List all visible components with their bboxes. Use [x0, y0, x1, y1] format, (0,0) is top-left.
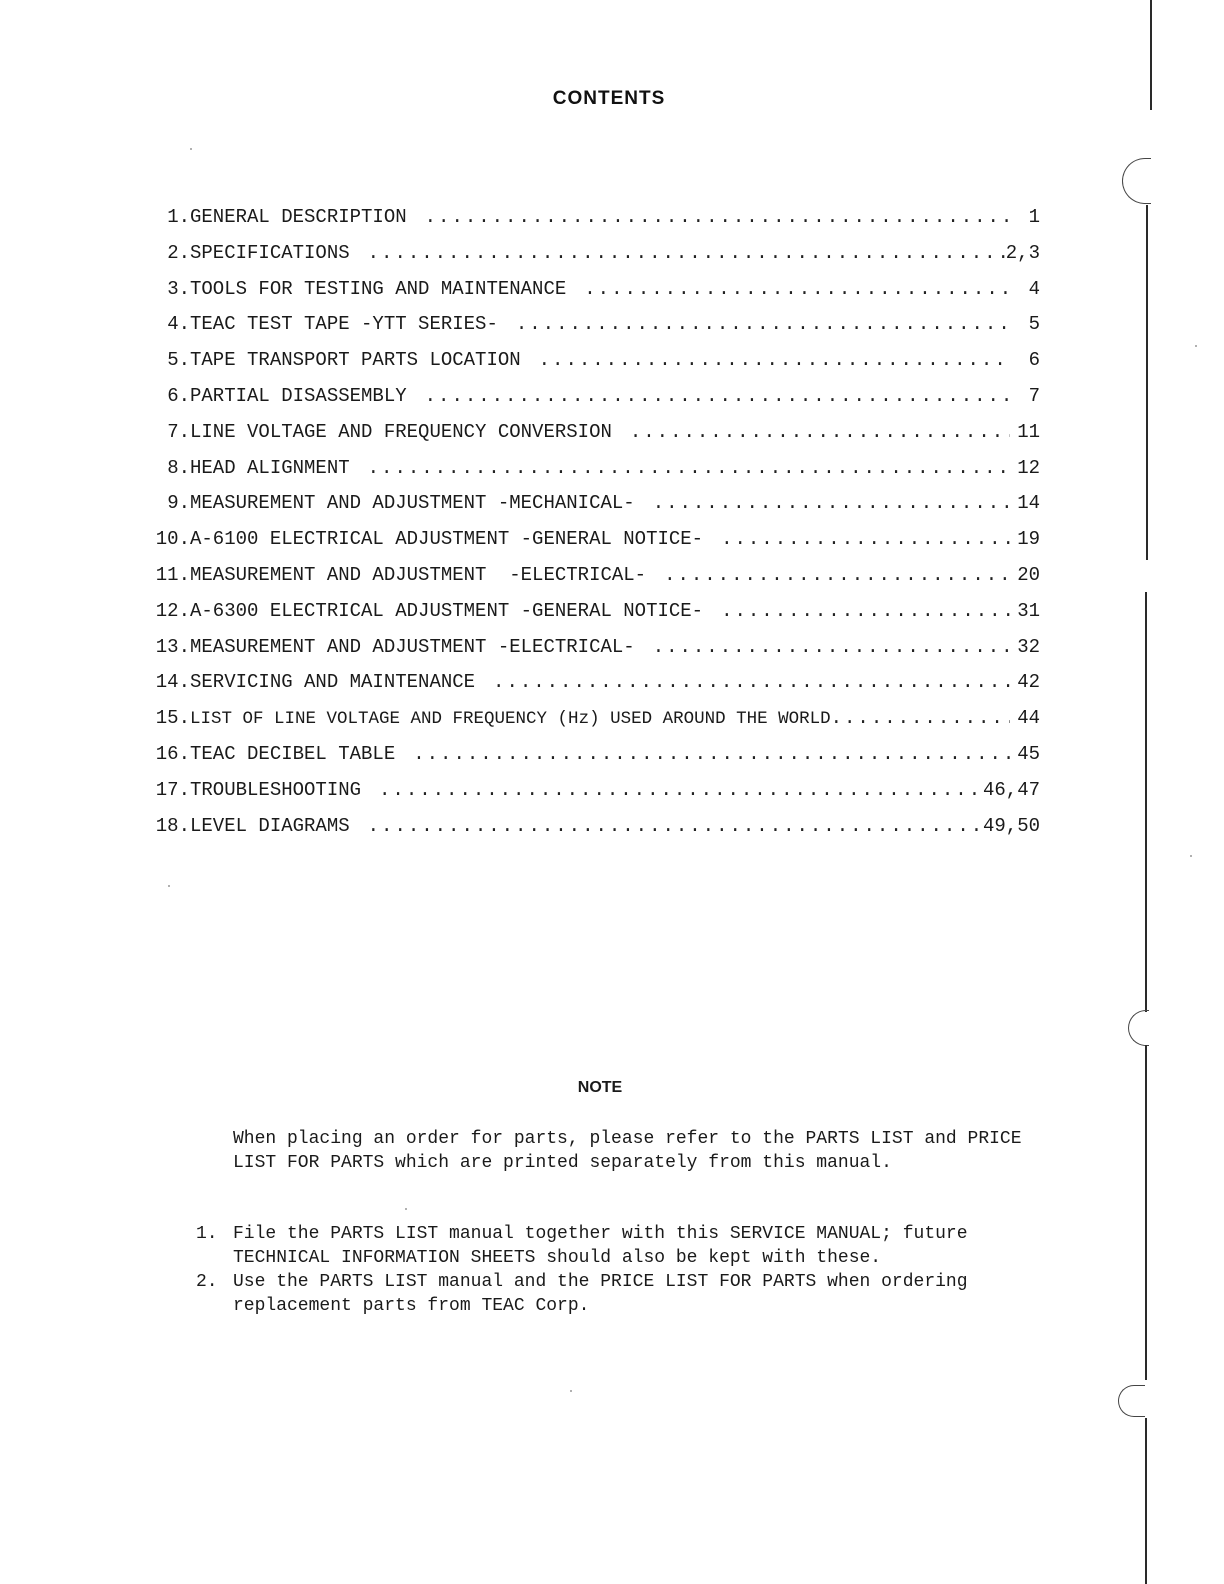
- dot-leader: ........................................…: [407, 203, 1010, 231]
- toc-entry-page: 1: [1010, 203, 1040, 231]
- toc-entry-title: GENERAL DESCRIPTION: [190, 203, 407, 231]
- note-list: 1. File the PARTS LIST manual together w…: [196, 1222, 1056, 1318]
- toc-entry-number: 17.: [140, 776, 190, 804]
- toc-entry-page: 2,3: [1006, 239, 1040, 267]
- toc-entry-number: 18.: [140, 812, 190, 840]
- note-item-number: 2.: [196, 1270, 233, 1318]
- toc-entry-page: 20: [1010, 561, 1040, 589]
- toc-entry-17: 17.TROUBLESHOOTING......................…: [140, 776, 1040, 812]
- toc-entry-5: 5.TAPE TRANSPORT PARTS LOCATION.........…: [140, 346, 1040, 382]
- toc-entry-12: 12.A-6300 ELECTRICAL ADJUSTMENT -GENERAL…: [140, 597, 1040, 633]
- scan-speck: [168, 885, 170, 887]
- toc-entry-title: TEAC TEST TAPE -YTT SERIES-: [190, 310, 498, 338]
- dot-leader: ........................................…: [646, 561, 1010, 589]
- toc-entry-page: 12: [1010, 454, 1040, 482]
- toc-entry-2: 2.SPECIFICATIONS........................…: [140, 239, 1040, 275]
- toc-entry-title: A-6300 ELECTRICAL ADJUSTMENT -GENERAL NO…: [190, 597, 703, 625]
- toc-entry-number: 7.: [140, 418, 190, 446]
- dot-leader: ........................................…: [350, 239, 1006, 267]
- toc-entry-page: 46,47: [983, 776, 1040, 804]
- binder-hole: [1122, 158, 1151, 204]
- toc-entry-page: 14: [1010, 489, 1040, 517]
- toc-entry-10: 10.A-6100 ELECTRICAL ADJUSTMENT -GENERAL…: [140, 525, 1040, 561]
- toc-entry-title: TEAC DECIBEL TABLE: [190, 740, 395, 768]
- table-of-contents: 1.GENERAL DESCRIPTION...................…: [140, 203, 1040, 847]
- dot-leader: ........................................…: [635, 489, 1010, 517]
- toc-entry-title: SERVICING AND MAINTENANCE: [190, 668, 475, 696]
- note-intro: When placing an order for parts, please …: [233, 1127, 1033, 1175]
- toc-entry-number: 14.: [140, 668, 190, 696]
- scan-speck: [405, 1208, 407, 1210]
- toc-entry-title: TROUBLESHOOTING: [190, 776, 361, 804]
- toc-entry-page: 6: [1010, 346, 1040, 374]
- toc-entry-9: 9.MEASUREMENT AND ADJUSTMENT -MECHANICAL…: [140, 489, 1040, 525]
- toc-entry-title: LINE VOLTAGE AND FREQUENCY CONVERSION: [190, 418, 612, 446]
- toc-entry-page: 4: [1010, 275, 1040, 303]
- toc-entry-15: 15.LIST OF LINE VOLTAGE AND FREQUENCY (H…: [140, 704, 1040, 740]
- toc-entry-number: 6.: [140, 382, 190, 410]
- dot-leader: ........................................…: [831, 704, 1010, 732]
- binder-edge-line: [1145, 1418, 1147, 1584]
- toc-entry-3: 3.TOOLS FOR TESTING AND MAINTENANCE.....…: [140, 275, 1040, 311]
- toc-entry-title: TAPE TRANSPORT PARTS LOCATION: [190, 346, 521, 374]
- toc-entry-number: 3.: [140, 275, 190, 303]
- toc-entry-page: 44: [1010, 704, 1040, 732]
- toc-entry-number: 11.: [140, 561, 190, 589]
- dot-leader: ........................................…: [635, 633, 1010, 661]
- toc-entry-page: 32: [1010, 633, 1040, 661]
- scan-speck: [1190, 855, 1192, 857]
- note-item-number: 1.: [196, 1222, 233, 1270]
- dot-leader: ........................................…: [395, 740, 1010, 768]
- dot-leader: ........................................…: [475, 668, 1010, 696]
- toc-entry-title: TOOLS FOR TESTING AND MAINTENANCE: [190, 275, 566, 303]
- dot-leader: ........................................…: [566, 275, 1010, 303]
- toc-entry-14: 14.SERVICING AND MAINTENANCE............…: [140, 668, 1040, 704]
- toc-entry-page: 42: [1010, 668, 1040, 696]
- toc-entry-title: LEVEL DIAGRAMS: [190, 812, 350, 840]
- toc-entry-number: 5.: [140, 346, 190, 374]
- toc-entry-number: 8.: [140, 454, 190, 482]
- dot-leader: ........................................…: [407, 382, 1010, 410]
- toc-entry-11: 11.MEASUREMENT AND ADJUSTMENT -ELECTRICA…: [140, 561, 1040, 597]
- dot-leader: ........................................…: [350, 812, 983, 840]
- scan-speck: [570, 1390, 572, 1392]
- toc-entry-16: 16.TEAC DECIBEL TABLE...................…: [140, 740, 1040, 776]
- toc-entry-13: 13.MEASUREMENT AND ADJUSTMENT -ELECTRICA…: [140, 633, 1040, 669]
- binder-edge-line: [1146, 205, 1148, 560]
- note-item-text: Use the PARTS LIST manual and the PRICE …: [233, 1270, 1056, 1318]
- dot-leader: ........................................…: [350, 454, 1010, 482]
- dot-leader: ........................................…: [361, 776, 983, 804]
- note-item-1: 1. File the PARTS LIST manual together w…: [196, 1222, 1056, 1270]
- toc-entry-page: 49,50: [983, 812, 1040, 840]
- toc-entry-number: 12.: [140, 597, 190, 625]
- toc-entry-number: 10.: [140, 525, 190, 553]
- toc-entry-title: MEASUREMENT AND ADJUSTMENT -ELECTRICAL-: [190, 633, 635, 661]
- toc-entry-title: MEASUREMENT AND ADJUSTMENT -MECHANICAL-: [190, 489, 635, 517]
- toc-entry-number: 15.: [140, 704, 190, 732]
- toc-entry-page: 5: [1010, 310, 1040, 338]
- binder-hole: [1128, 1010, 1149, 1046]
- toc-entry-title: HEAD ALIGNMENT: [190, 454, 350, 482]
- toc-entry-7: 7.LINE VOLTAGE AND FREQUENCY CONVERSION.…: [140, 418, 1040, 454]
- dot-leader: ........................................…: [703, 525, 1010, 553]
- toc-entry-title: LIST OF LINE VOLTAGE AND FREQUENCY (Hz) …: [190, 705, 831, 733]
- toc-entry-title: SPECIFICATIONS: [190, 239, 350, 267]
- toc-entry-number: 13.: [140, 633, 190, 661]
- toc-entry-page: 7: [1010, 382, 1040, 410]
- toc-entry-4: 4.TEAC TEST TAPE -YTT SERIES-...........…: [140, 310, 1040, 346]
- toc-entry-number: 4.: [140, 310, 190, 338]
- toc-entry-page: 11: [1010, 418, 1040, 446]
- toc-entry-page: 45: [1010, 740, 1040, 768]
- dot-leader: ........................................…: [498, 310, 1010, 338]
- note-item-2: 2. Use the PARTS LIST manual and the PRI…: [196, 1270, 1056, 1318]
- binder-edge-line: [1150, 0, 1152, 110]
- binder-edge-line: [1145, 1045, 1147, 1380]
- scan-speck: [1195, 345, 1197, 347]
- page-title: CONTENTS: [0, 88, 1218, 110]
- toc-entry-1: 1.GENERAL DESCRIPTION...................…: [140, 203, 1040, 239]
- toc-entry-6: 6.PARTIAL DISASSEMBLY...................…: [140, 382, 1040, 418]
- toc-entry-number: 1.: [140, 203, 190, 231]
- toc-entry-number: 2.: [140, 239, 190, 267]
- toc-entry-number: 9.: [140, 489, 190, 517]
- toc-entry-title: PARTIAL DISASSEMBLY: [190, 382, 407, 410]
- toc-entry-number: 16.: [140, 740, 190, 768]
- scan-speck: [190, 148, 192, 150]
- toc-entry-8: 8.HEAD ALIGNMENT........................…: [140, 454, 1040, 490]
- toc-entry-title: MEASUREMENT AND ADJUSTMENT -ELECTRICAL-: [190, 561, 646, 589]
- dot-leader: ........................................…: [703, 597, 1010, 625]
- toc-entry-page: 31: [1010, 597, 1040, 625]
- toc-entry-page: 19: [1010, 525, 1040, 553]
- note-item-text: File the PARTS LIST manual together with…: [233, 1222, 1056, 1270]
- binder-edge-line: [1145, 592, 1147, 1012]
- binder-hole: [1118, 1385, 1145, 1417]
- toc-entry-title: A-6100 ELECTRICAL ADJUSTMENT -GENERAL NO…: [190, 525, 703, 553]
- dot-leader: ........................................…: [612, 418, 1010, 446]
- dot-leader: ........................................…: [521, 346, 1010, 374]
- note-heading: NOTE: [0, 1079, 1200, 1097]
- toc-entry-18: 18.LEVEL DIAGRAMS.......................…: [140, 812, 1040, 848]
